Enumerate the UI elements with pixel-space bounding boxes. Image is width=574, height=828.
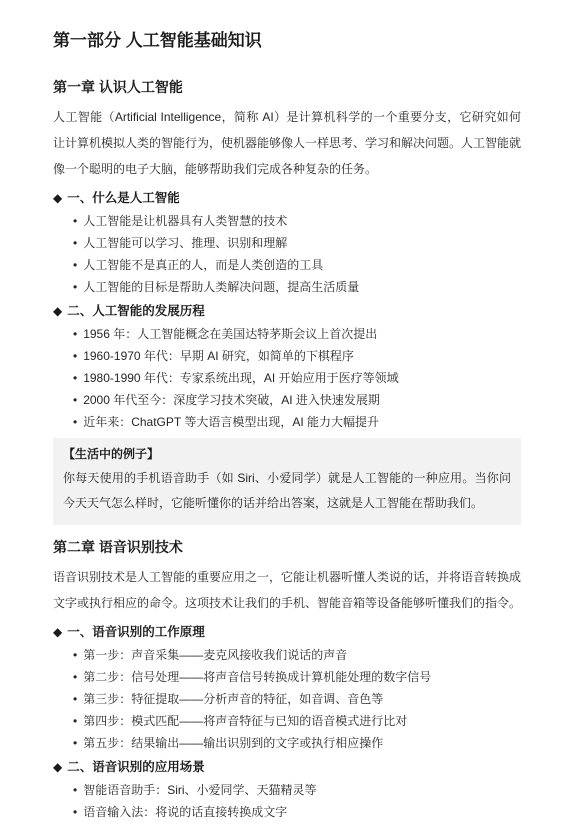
bullet-icon: • [73, 736, 77, 751]
chapter1-section1-bullet-list: • 人工智能是让机器具有人类智慧的技术 • 人工智能可以学习、推理、识别和理解 … [53, 214, 521, 295]
chapter1-intro-paragraph: 人工智能（Artificial Intelligence，简称 AI）是计算机科… [53, 104, 521, 182]
chapter2-section1-bullet-list: • 第一步：声音采集——麦克风接收我们说话的声音 • 第二步：信号处理——将声音… [53, 648, 521, 751]
bullet-item: • 1960-1970 年代：早期 AI 研究，如简单的下棋程序 [73, 349, 521, 364]
bullet-text: 2000 年代至今：深度学习技术突破，AI 进入快速发展期 [83, 393, 380, 408]
bullet-text: 1956 年：人工智能概念在美国达特茅斯会议上首次提出 [83, 327, 377, 342]
bullet-text: 人工智能不是真正的人，而是人类创造的工具 [83, 258, 323, 273]
chapter2-section2-bullet-list: • 智能语音助手：Siri、小爱同学、天猫精灵等 • 语音输入法：将说的话直接转… [53, 783, 521, 820]
chapter2-section2-heading: ◆ 二、语音识别的应用场景 [53, 759, 521, 775]
bullet-item: • 语音输入法：将说的话直接转换成文字 [73, 805, 521, 820]
bullet-text: 第二步：信号处理——将声音信号转换成计算机能处理的数字信号 [83, 670, 431, 685]
chapter1-section2-bullet-list: • 1956 年：人工智能概念在美国达特茅斯会议上首次提出 • 1960-197… [53, 327, 521, 430]
example-box: 【生活中的例子】 你每天使用的手机语音助手（如 Siri、小爱同学）就是人工智能… [53, 438, 521, 525]
bullet-icon: • [73, 236, 77, 251]
bullet-item: • 近年来：ChatGPT 等大语言模型出现，AI 能力大幅提升 [73, 415, 521, 430]
bullet-icon: • [73, 258, 77, 273]
bullet-text: 第五步：结果输出——输出识别到的文字或执行相应操作 [83, 736, 383, 751]
chapter1-section2-heading: ◆ 二、人工智能的发展历程 [53, 303, 521, 319]
section-heading-label: 二、语音识别的应用场景 [67, 759, 205, 775]
section-heading-label: 一、什么是人工智能 [67, 190, 180, 206]
chapter2-title: 第二章 语音识别技术 [53, 538, 521, 556]
bullet-item: • 1980-1990 年代：专家系统出现，AI 开始应用于医疗等领域 [73, 371, 521, 386]
example-box-title: 【生活中的例子】 [63, 445, 511, 463]
bullet-text: 人工智能的目标是帮助人类解决问题，提高生活质量 [83, 280, 359, 295]
bullet-icon: • [73, 670, 77, 685]
bullet-item: • 人工智能可以学习、推理、识别和理解 [73, 236, 521, 251]
bullet-item: • 第二步：信号处理——将声音信号转换成计算机能处理的数字信号 [73, 670, 521, 685]
bullet-item: • 智能语音助手：Siri、小爱同学、天猫精灵等 [73, 783, 521, 798]
bullet-text: 人工智能是让机器具有人类智慧的技术 [83, 214, 287, 229]
bullet-icon: • [73, 349, 77, 364]
bullet-item: • 人工智能是让机器具有人类智慧的技术 [73, 214, 521, 229]
diamond-icon: ◆ [53, 303, 62, 319]
bullet-item: • 2000 年代至今：深度学习技术突破，AI 进入快速发展期 [73, 393, 521, 408]
bullet-text: 第三步：特征提取——分析声音的特征，如音调、音色等 [83, 692, 383, 707]
bullet-item: • 1956 年：人工智能概念在美国达特茅斯会议上首次提出 [73, 327, 521, 342]
bullet-item: • 第一步：声音采集——麦克风接收我们说话的声音 [73, 648, 521, 663]
section-heading-label: 二、人工智能的发展历程 [67, 303, 205, 319]
bullet-icon: • [73, 371, 77, 386]
bullet-icon: • [73, 280, 77, 295]
bullet-text: 第四步：模式匹配——将声音特征与已知的语音模式进行比对 [83, 714, 407, 729]
bullet-icon: • [73, 783, 77, 798]
bullet-text: 人工智能可以学习、推理、识别和理解 [83, 236, 287, 251]
bullet-icon: • [73, 327, 77, 342]
bullet-item: • 第五步：结果输出——输出识别到的文字或执行相应操作 [73, 736, 521, 751]
part-title: 第一部分 人工智能基础知识 [53, 30, 521, 52]
bullet-item: • 第四步：模式匹配——将声音特征与已知的语音模式进行比对 [73, 714, 521, 729]
chapter2-intro-paragraph: 语音识别技术是人工智能的重要应用之一，它能让机器听懂人类说的话，并将语音转换成文… [53, 564, 521, 616]
bullet-icon: • [73, 648, 77, 663]
example-box-body: 你每天使用的手机语音助手（如 Siri、小爱同学）就是人工智能的一种应用。当你问… [63, 466, 511, 516]
bullet-item: • 人工智能不是真正的人，而是人类创造的工具 [73, 258, 521, 273]
chapter1-section1-heading: ◆ 一、什么是人工智能 [53, 190, 521, 206]
bullet-icon: • [73, 415, 77, 430]
section-heading-label: 一、语音识别的工作原理 [67, 624, 205, 640]
bullet-text: 第一步：声音采集——麦克风接收我们说话的声音 [83, 648, 347, 663]
bullet-item: • 第三步：特征提取——分析声音的特征，如音调、音色等 [73, 692, 521, 707]
bullet-text: 近年来：ChatGPT 等大语言模型出现，AI 能力大幅提升 [83, 415, 379, 430]
bullet-text: 语音输入法：将说的话直接转换成文字 [83, 805, 287, 820]
bullet-icon: • [73, 214, 77, 229]
bullet-icon: • [73, 692, 77, 707]
bullet-text: 智能语音助手：Siri、小爱同学、天猫精灵等 [83, 783, 316, 798]
document-page: 第一部分 人工智能基础知识 第一章 认识人工智能 人工智能（Artificial… [0, 0, 574, 828]
bullet-item: • 人工智能的目标是帮助人类解决问题，提高生活质量 [73, 280, 521, 295]
chapter2-section1-heading: ◆ 一、语音识别的工作原理 [53, 624, 521, 640]
bullet-text: 1960-1970 年代：早期 AI 研究，如简单的下棋程序 [83, 349, 354, 364]
bullet-text: 1980-1990 年代：专家系统出现，AI 开始应用于医疗等领域 [83, 371, 398, 386]
chapter1-title: 第一章 认识人工智能 [53, 78, 521, 96]
diamond-icon: ◆ [53, 759, 62, 775]
bullet-icon: • [73, 393, 77, 408]
bullet-icon: • [73, 805, 77, 820]
diamond-icon: ◆ [53, 624, 62, 640]
diamond-icon: ◆ [53, 190, 62, 206]
bullet-icon: • [73, 714, 77, 729]
